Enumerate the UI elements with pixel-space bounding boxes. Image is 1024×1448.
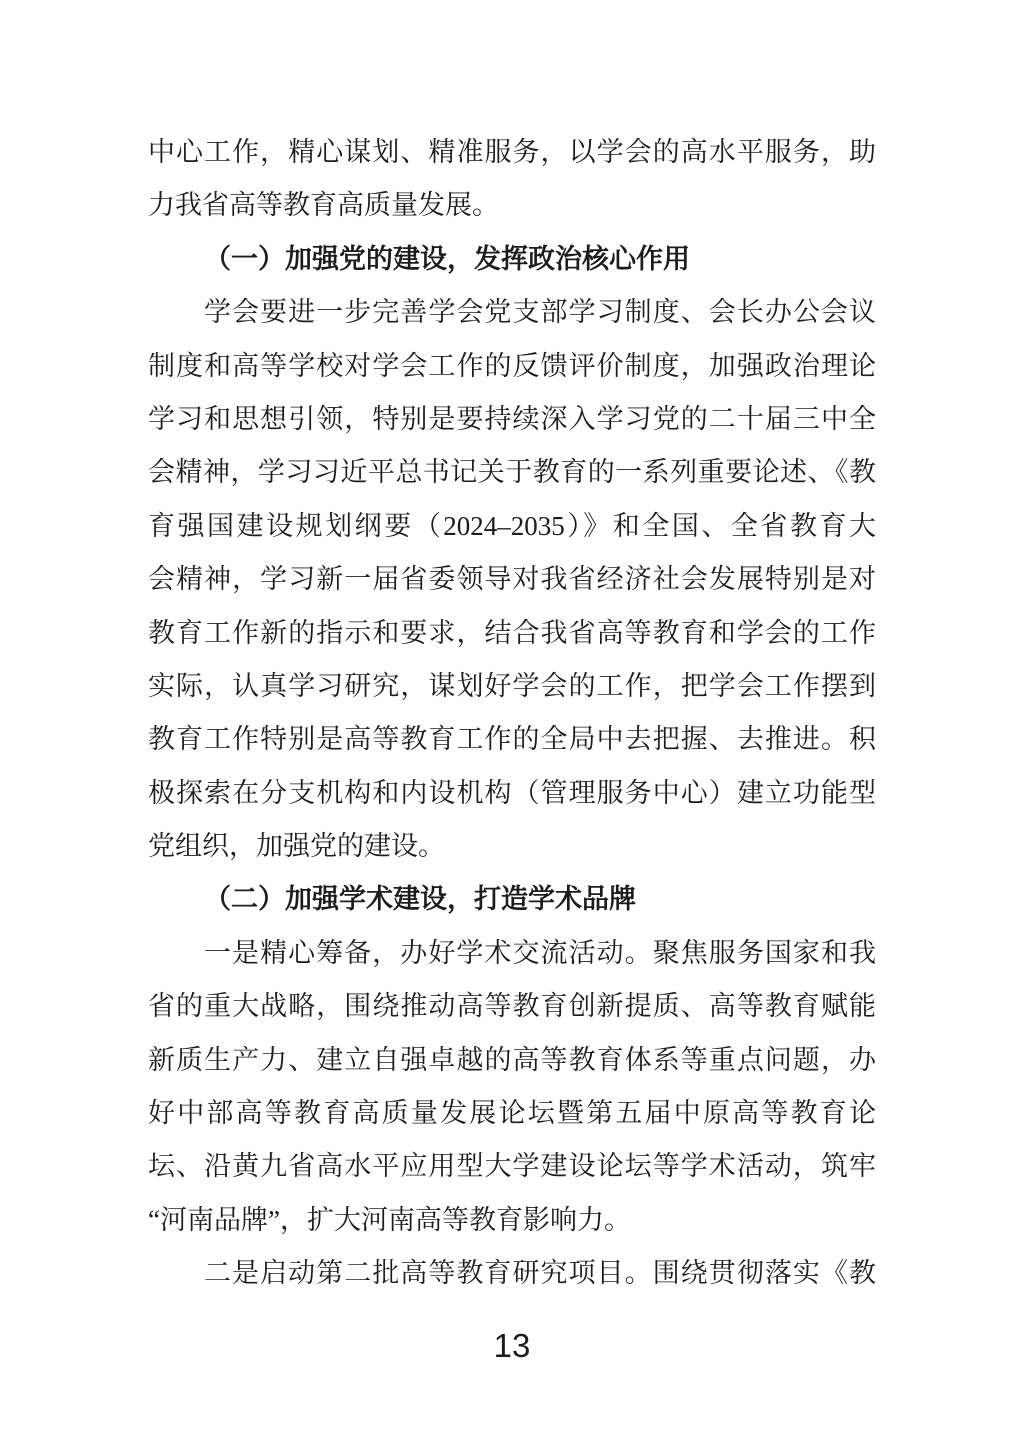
section-heading: （一）加强党的建设，发挥政治核心作用 — [148, 233, 876, 286]
section-heading: （二）加强学术建设，打造学术品牌 — [148, 873, 876, 926]
text-line: “河南品牌”，扩大河南高等教育影响力。 — [148, 1194, 876, 1247]
text-line: 制度和高等学校对学会工作的反馈评价制度，加强政治理论 — [148, 340, 876, 393]
page-number: 13 — [0, 1326, 1024, 1366]
paragraph: 一是精心筹备，办好学术交流活动。聚焦服务国家和我省的重大战略，围绕推动高等教育创… — [148, 927, 876, 1247]
paragraph: 学会要进一步完善学会党支部学习制度、会长办公会议制度和高等学校对学会工作的反馈评… — [148, 286, 876, 873]
text-line: 中心工作，精心谋划、精准服务，以学会的高水平服务，助 — [148, 126, 876, 179]
text-line: 一是精心筹备，办好学术交流活动。聚焦服务国家和我 — [148, 927, 876, 980]
document-body: 中心工作，精心谋划、精准服务，以学会的高水平服务，助力我省高等教育高质量发展。（… — [148, 126, 876, 1301]
text-line: 坛、沿黄九省高水平应用型大学建设论坛等学术活动，筑牢 — [148, 1140, 876, 1193]
text-line: 力我省高等教育高质量发展。 — [148, 179, 876, 232]
text-line: 学习和思想引领，特别是要持续深入学习党的二十届三中全 — [148, 393, 876, 446]
text-line: 教育工作新的指示和要求，结合我省高等教育和学会的工作 — [148, 607, 876, 660]
text-line: 会精神，学习习近平总书记关于教育的一系列重要论述、《教 — [148, 446, 876, 499]
text-line: 新质生产力、建立自强卓越的高等教育体系等重点问题，办 — [148, 1034, 876, 1087]
heading-line: （二）加强学术建设，打造学术品牌 — [148, 873, 876, 926]
text-line: 极探索在分支机构和内设机构（管理服务中心）建立功能型 — [148, 767, 876, 820]
text-line: 教育工作特别是高等教育工作的全局中去把握、去推进。积 — [148, 713, 876, 766]
text-line: 实际，认真学习研究，谋划好学会的工作，把学会工作摆到 — [148, 660, 876, 713]
text-line: 好中部高等教育高质量发展论坛暨第五届中原高等教育论 — [148, 1087, 876, 1140]
paragraph: 二是启动第二批高等教育研究项目。围绕贯彻落实《教 — [148, 1247, 876, 1300]
text-line: 党组织，加强党的建设。 — [148, 820, 876, 873]
text-line: 育强国建设规划纲要（2024–2035）》和全国、全省教育大 — [148, 500, 876, 553]
text-line: 省的重大战略，围绕推动高等教育创新提质、高等教育赋能 — [148, 980, 876, 1033]
text-line: 会精神，学习新一届省委领导对我省经济社会发展特别是对 — [148, 553, 876, 606]
paragraph: 中心工作，精心谋划、精准服务，以学会的高水平服务，助力我省高等教育高质量发展。 — [148, 126, 876, 233]
document-page: 中心工作，精心谋划、精准服务，以学会的高水平服务，助力我省高等教育高质量发展。（… — [0, 0, 1024, 1448]
heading-line: （一）加强党的建设，发挥政治核心作用 — [148, 233, 876, 286]
text-line: 学会要进一步完善学会党支部学习制度、会长办公会议 — [148, 286, 876, 339]
text-line: 二是启动第二批高等教育研究项目。围绕贯彻落实《教 — [148, 1247, 876, 1300]
